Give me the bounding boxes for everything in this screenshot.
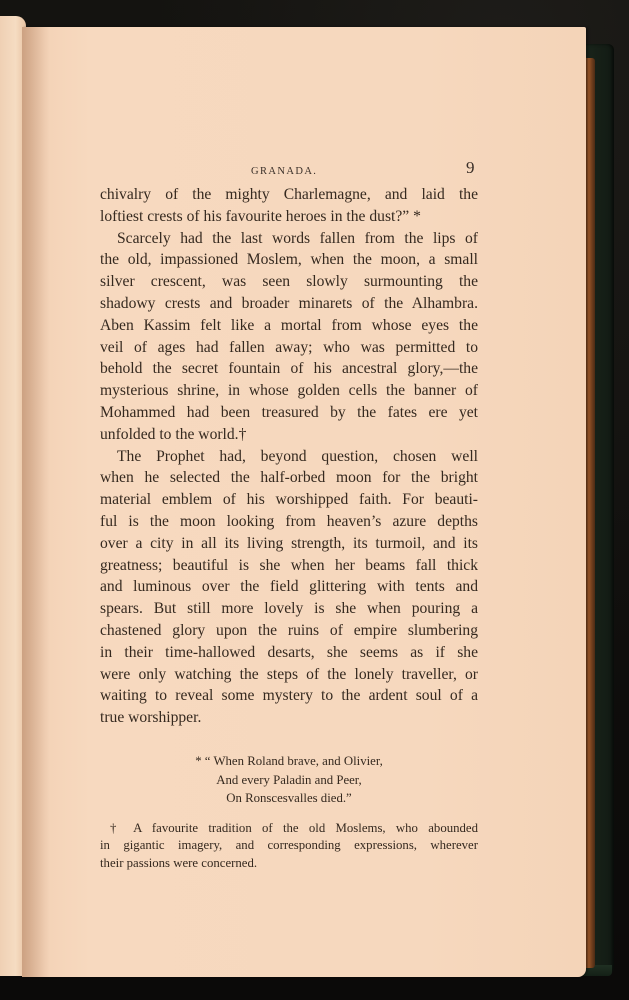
footnotes: * “ When Roland brave, and Olivier, And … bbox=[100, 752, 478, 872]
text-line: over a city in all its living strength, … bbox=[100, 533, 478, 555]
footnote-line: † A favourite tradition of the old Mosle… bbox=[100, 820, 478, 838]
book-page: GRANADA. 9 chivalry of the mighty Charle… bbox=[22, 27, 586, 977]
text-line: spears. But still more lovely is she whe… bbox=[100, 598, 478, 620]
text-line: Scarcely had the last words fallen from … bbox=[100, 228, 478, 250]
text-line: shadowy crests and broader minarets of t… bbox=[100, 293, 478, 315]
verse-line: On Ronscesvalles died.” bbox=[100, 789, 478, 808]
text-line: silver crescent, was seen slowly surmoun… bbox=[100, 271, 478, 293]
text-line: The Prophet had, beyond question, chosen… bbox=[100, 446, 478, 468]
page-number: 9 bbox=[466, 158, 475, 178]
text-line: and luminous over the field glittering w… bbox=[100, 576, 478, 598]
text-line: chastened glory upon the ruins of empire… bbox=[100, 620, 478, 642]
footnote-dagger: † A favourite tradition of the old Mosle… bbox=[100, 820, 478, 873]
text-line: loftiest crests of his favourite heroes … bbox=[100, 206, 478, 228]
text-line: ful is the moon looking from heaven’s az… bbox=[100, 511, 478, 533]
footnote-line: their passions were concerned. bbox=[100, 855, 478, 873]
text-line: the old, impassioned Moslem, when the mo… bbox=[100, 249, 478, 271]
text-line: greatness; beautiful is she when her bea… bbox=[100, 555, 478, 577]
verse-line: And every Paladin and Peer, bbox=[100, 771, 478, 790]
text-line: veil of ages had fallen away; who was pe… bbox=[100, 337, 478, 359]
text-line: unfolded to the world.† bbox=[100, 424, 478, 446]
text-line: Mohammed had been treasured by the fates… bbox=[100, 402, 478, 424]
text-line: material emblem of his worshipped faith.… bbox=[100, 489, 478, 511]
text-line: mysterious shrine, in whose golden cells… bbox=[100, 380, 478, 402]
text-line: when he selected the half-orbed moon for… bbox=[100, 467, 478, 489]
running-head: GRANADA. bbox=[251, 166, 317, 177]
text-line: Aben Kassim felt like a mortal from whos… bbox=[100, 315, 478, 337]
body-text: chivalry of the mighty Charlemagne, and … bbox=[100, 184, 478, 729]
text-line: in their time-hallowed desarts, she seem… bbox=[100, 642, 478, 664]
text-line: behold the secret fountain of his ancest… bbox=[100, 358, 478, 380]
footnote-asterisk-verse: * “ When Roland brave, and Olivier, And … bbox=[100, 752, 478, 808]
footnote-line: in gigantic imagery, and corresponding e… bbox=[100, 837, 478, 855]
text-line: were only watching the steps of the lone… bbox=[100, 664, 478, 686]
text-line: true worshipper. bbox=[100, 707, 478, 729]
page-block-edge bbox=[585, 58, 595, 968]
text-line: chivalry of the mighty Charlemagne, and … bbox=[100, 184, 478, 206]
verse-line: * “ When Roland brave, and Olivier, bbox=[100, 752, 478, 771]
text-line: waiting to reveal some mystery to the ar… bbox=[100, 685, 478, 707]
